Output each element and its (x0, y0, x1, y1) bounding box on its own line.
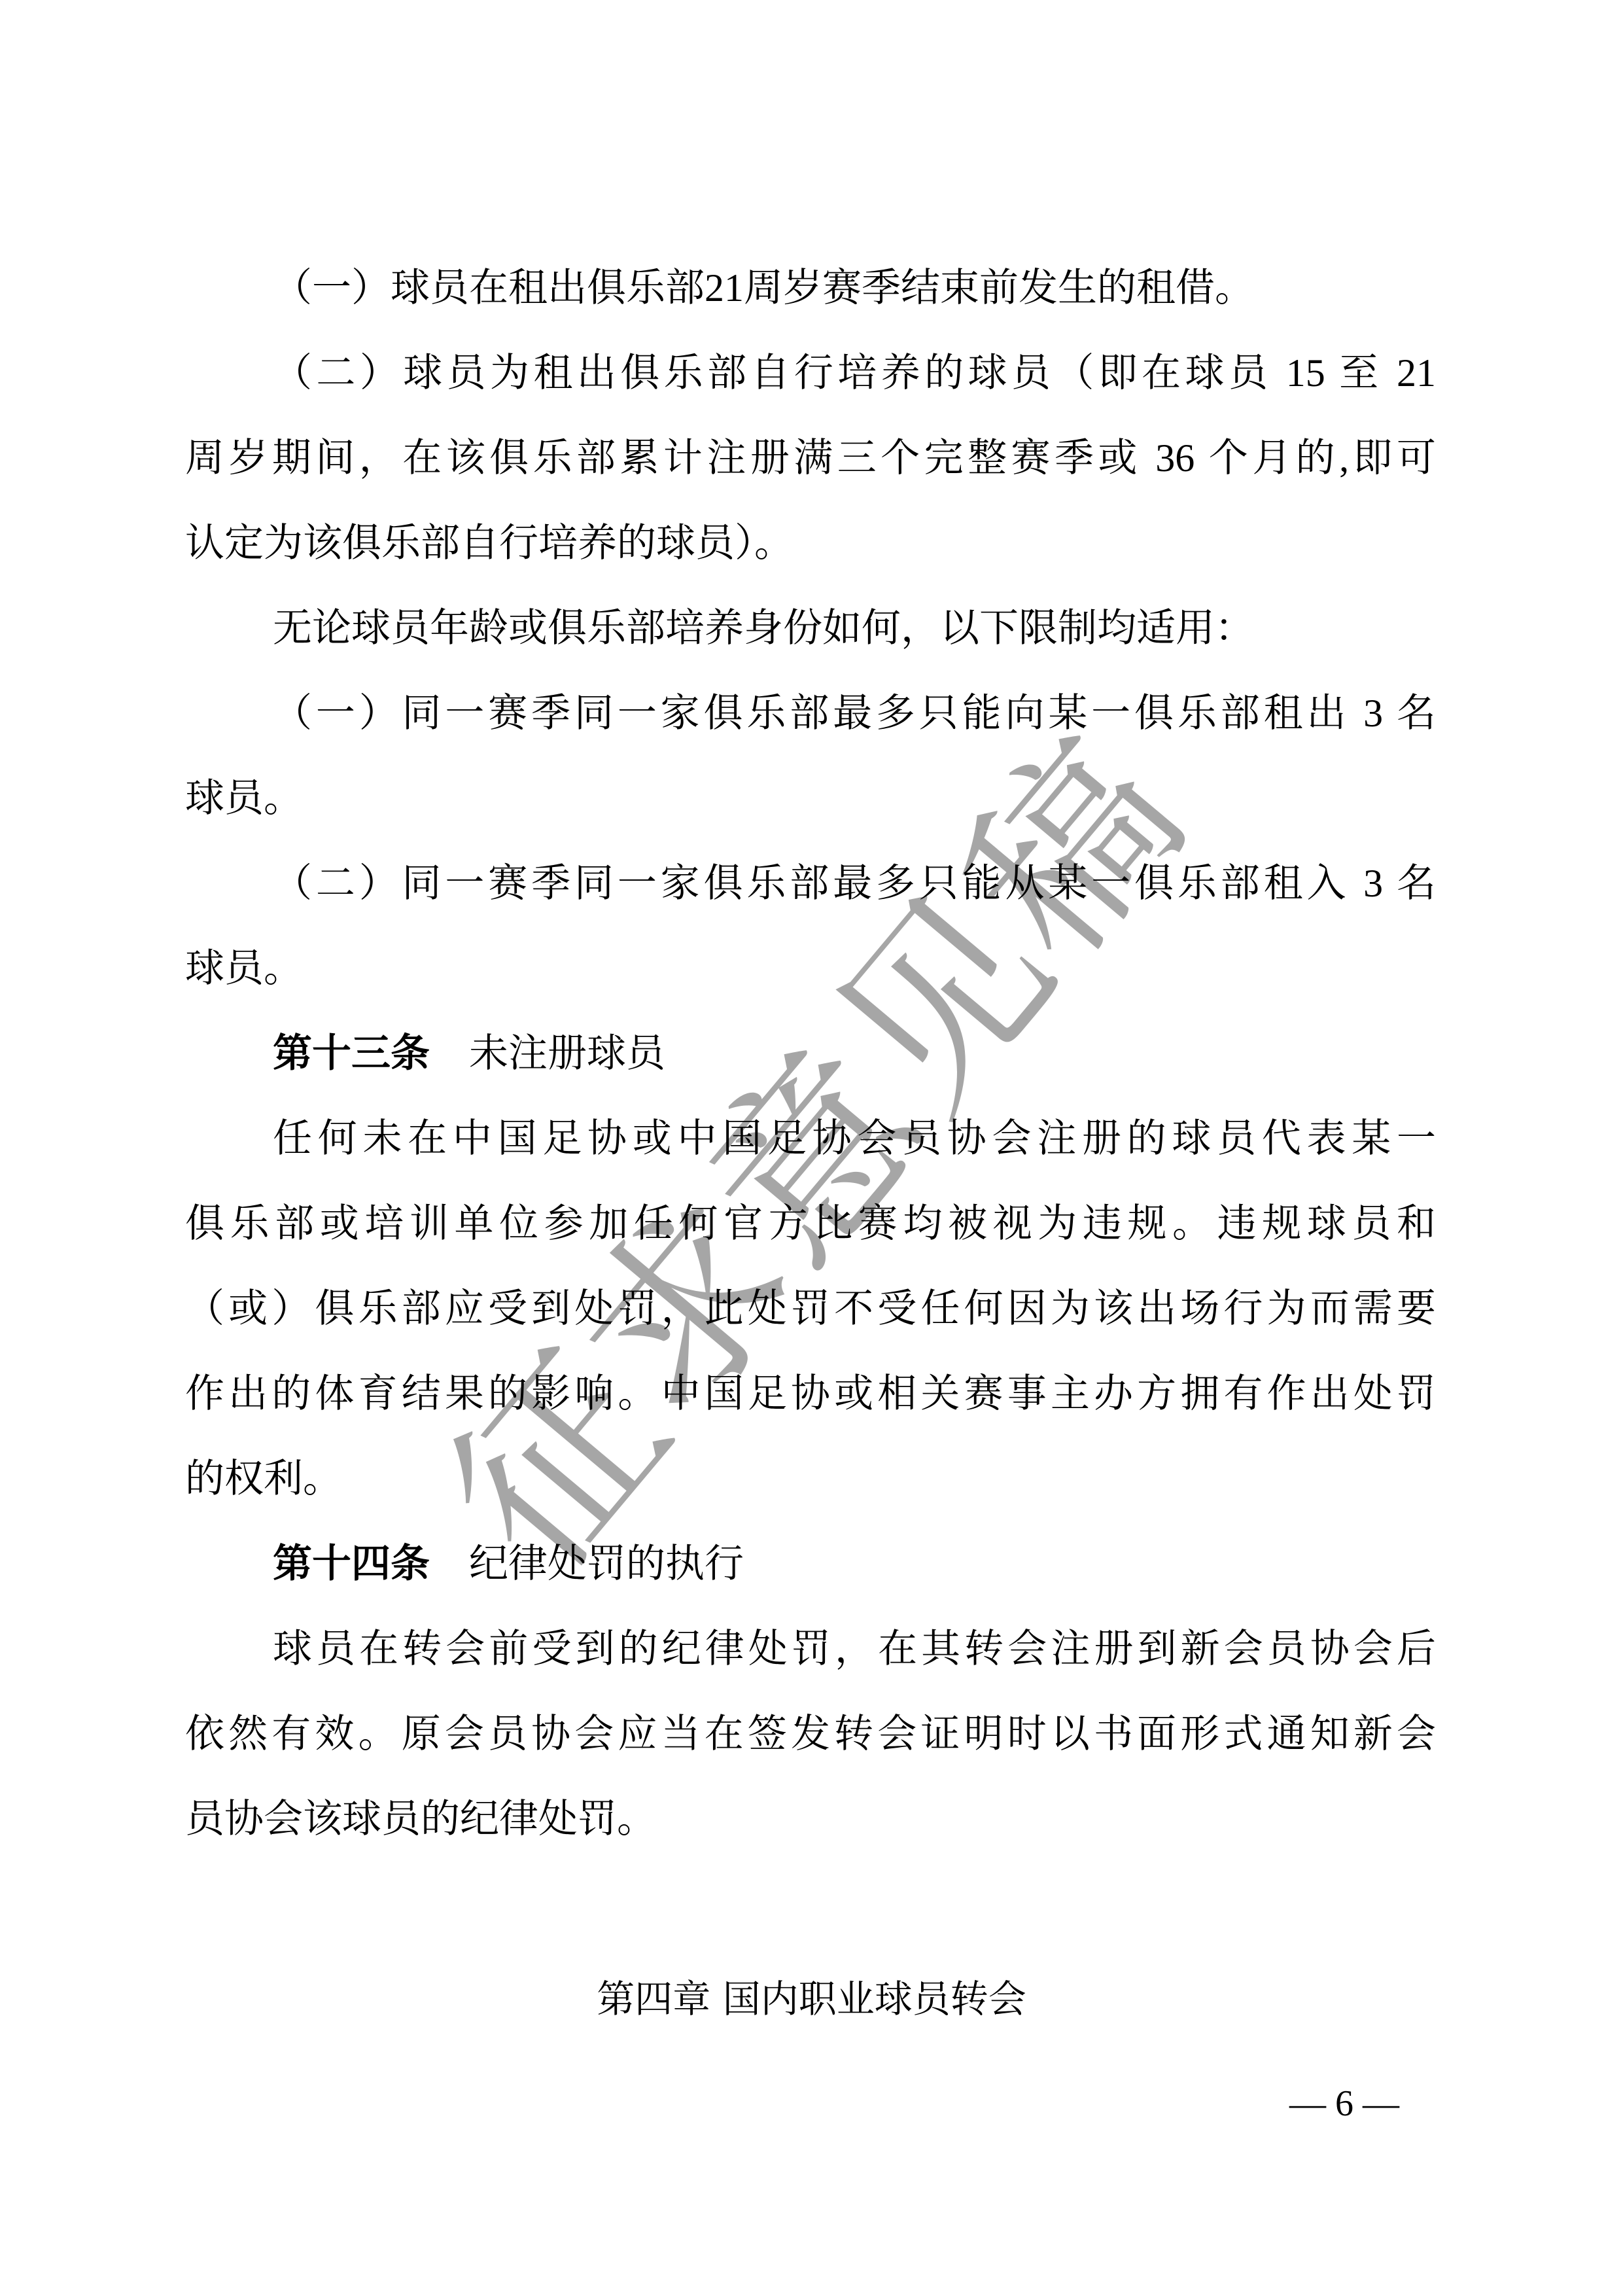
body-line: （一）球员在租出俱乐部21周岁赛季结束前发生的租借。 (273, 265, 1436, 311)
page-number: — 6 — (1279, 2084, 1410, 2123)
body-line: 周岁期间，在该俱乐部累计注册满三个完整赛季或 36 个月的,即可 (185, 435, 1436, 481)
article-14-heading: 第十四条纪律处罚的执行 (273, 1541, 1436, 1587)
body-line: （二）同一赛季同一家俱乐部最多只能从某一俱乐部租入 3 名 (273, 860, 1436, 906)
body-line: 无论球员年龄或俱乐部培养身份如何，以下限制均适用： (273, 605, 1436, 651)
body-line: 员协会该球员的纪律处罚。 (185, 1796, 1436, 1842)
article-13-title: 未注册球员 (469, 1032, 665, 1075)
body-line: 球员在转会前受到的纪律处罚，在其转会注册到新会员协会后 (273, 1626, 1436, 1672)
body-line: 的权利。 (185, 1456, 1436, 1502)
article-14-title: 纪律处罚的执行 (469, 1542, 744, 1585)
article-14-number: 第十四条 (273, 1541, 430, 1587)
body-line: 球员。 (185, 775, 1436, 821)
body-line: （一）同一赛季同一家俱乐部最多只能向某一俱乐部租出 3 名 (273, 690, 1436, 736)
article-13-number: 第十三条 (273, 1031, 430, 1076)
body-line: 任何未在中国足协或中国足协会员协会注册的球员代表某一 (273, 1116, 1436, 1161)
body-line: 认定为该俱乐部自行培养的球员）。 (185, 520, 1436, 566)
body-line: 球员。 (185, 945, 1436, 991)
body-line: 依然有效。原会员协会应当在签发转会证明时以书面形式通知新会 (185, 1711, 1436, 1757)
body-line: 作出的体育结果的影响。中国足协或相关赛事主办方拥有作出处罚 (185, 1371, 1436, 1417)
body-line: 俱乐部或培训单位参加任何官方比赛均被视为违规。违规球员和 (185, 1201, 1436, 1246)
body-line: （或）俱乐部应受到处罚，此处罚不受任何因为该出场行为而需要 (185, 1286, 1436, 1332)
document-page: 征求意见稿 （一）球员在租出俱乐部21周岁赛季结束前发生的租借。 （二）球员为租… (0, 0, 1623, 2296)
chapter-title: 第四章 国内职业球员转会 (0, 1976, 1623, 2022)
body-line: （二）球员为租出俱乐部自行培养的球员（即在球员 15 至 21 (273, 350, 1436, 396)
article-13-heading: 第十三条未注册球员 (273, 1031, 1436, 1076)
